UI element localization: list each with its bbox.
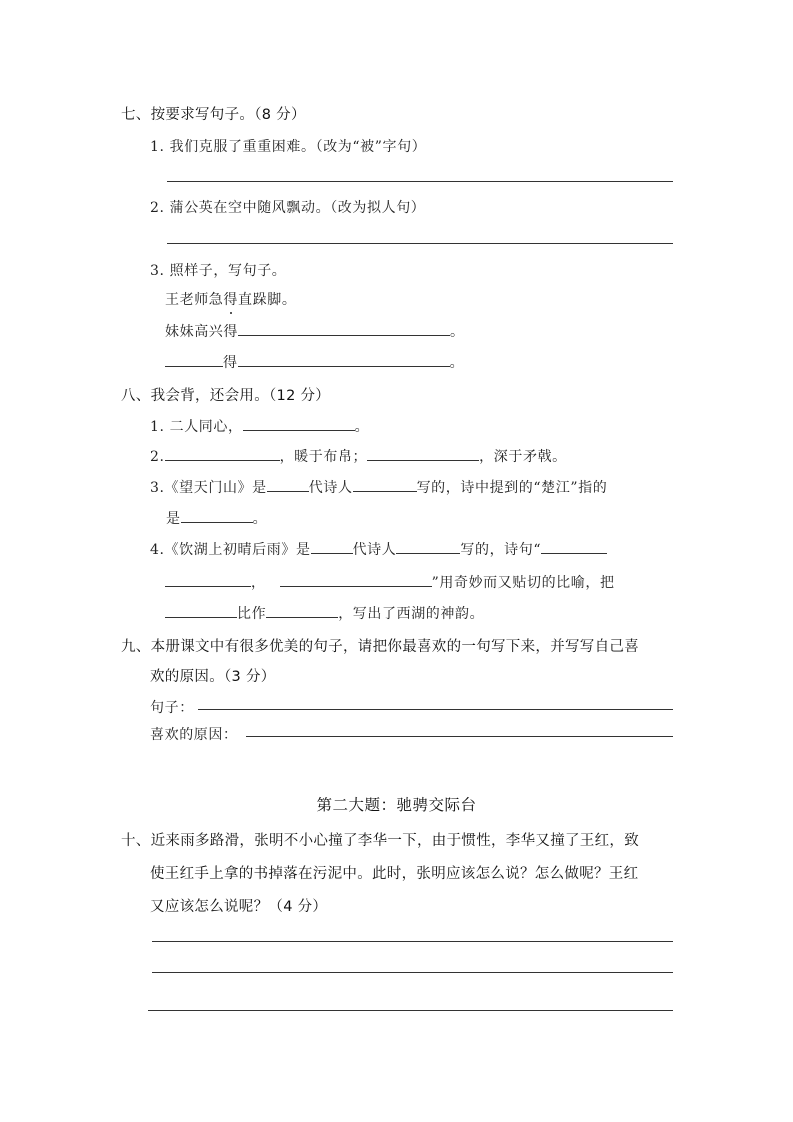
q4-d: ， [251,575,266,591]
answer-line-10-3[interactable] [148,1010,673,1011]
section-8-question-4: 4.《饮湖上初晴后雨》是代诗人写的，诗句“ [150,539,607,559]
section-8-question-1: 1. 二人同心，。 [150,416,369,436]
blank-8-4-verse-a[interactable] [541,539,607,554]
q4-g: ，写出了西湖的神韵。 [338,606,484,622]
section-8-question-4-cont2: 比作，写出了西湖的神韵。 [165,603,484,623]
blank-8-4-compare-a[interactable] [165,603,237,618]
section-8-question-4-cont: ，”用奇妙而又贴切的比喻，把 [165,572,615,592]
blank-8-3-chujiang[interactable] [181,508,253,523]
fill-1-prefix: 妹妹高兴得 [165,324,238,340]
q3-a: 3.《望天门山》是 [150,480,267,496]
fill-sentence-1: 妹妹高兴得。 [165,321,465,341]
q4-f: 比作 [237,606,266,622]
answer-line-7-2[interactable] [167,243,673,244]
section-9-heading-line-1: 九、本册课文中有很多优美的句子，请把你最喜欢的一句写下来，并写写自己喜 [121,635,639,656]
q4-c: 写的，诗句“ [460,542,541,558]
q2-suffix: ，深于矛戟。 [479,449,567,465]
fill-1-period: 。 [450,324,465,340]
blank-8-4-compare-b[interactable] [266,603,338,618]
q3-d: 是 [166,511,181,527]
sentence-label: 句子： [150,697,194,717]
section-8-question-2: 2.，暖于布帛；，深于矛戟。 [150,446,567,466]
blank-7-3-b[interactable] [165,352,223,367]
blank-8-2-a[interactable] [165,446,280,461]
fill-2-mid: 得 [223,355,238,371]
section-8-question-3: 3.《望天门山》是代诗人写的，诗中提到的“楚江”指的 [150,477,607,497]
example-post: 直跺脚。 [238,292,296,308]
section-10-line-2: 使王红手上拿的书掉落在污泥中。此时，张明应该怎么说？怎么做呢？王红 [150,862,638,883]
emphasis-dot-char: 得 [223,289,238,309]
section-9-heading-line-2: 欢的原因。（3 分） [150,665,276,686]
section-7-question-1: 1. 我们克服了重重困难。（改为“被”字句） [150,136,426,156]
example-pre: 王老师急 [165,292,223,308]
section-7-heading: 七、按要求写句子。（8 分） [121,103,306,124]
section-10-line-1: 十、近来雨多路滑，张明不小心撞了李华一下，由于惯性，李华又撞了王红，致 [121,829,639,850]
fill-2-period: 。 [450,355,465,371]
q3-c: 写的，诗中提到的“楚江”指的 [417,480,608,496]
q2-prefix: 2. [150,449,165,465]
blank-8-3-dynasty[interactable] [267,477,309,492]
section-7-question-2: 2. 蒲公英在空中随风飘动。（改为拟人句） [150,197,425,217]
blank-8-4-verse-b[interactable] [165,572,251,587]
q3-b: 代诗人 [309,480,353,496]
q1-suffix: 。 [355,419,370,435]
example-sentence: 王老师急得直跺脚。 [165,289,296,309]
blank-8-4-dynasty[interactable] [311,539,353,554]
answer-line-7-1[interactable] [167,181,673,182]
q2-mid: ，暖于布帛； [280,449,368,465]
blank-8-3-poet[interactable] [353,477,417,492]
blank-8-4-poet[interactable] [396,539,460,554]
part-2-title: 第二大题：驰骋交际台 [0,793,793,815]
answer-line-10-2[interactable] [152,972,673,973]
answer-line-10-1[interactable] [152,941,673,942]
section-7-question-3: 3. 照样子，写句子。 [150,260,286,280]
q4-e: ”用奇妙而又贴切的比喻，把 [432,575,615,591]
blank-8-2-b[interactable] [367,446,479,461]
blank-8-1[interactable] [243,416,355,431]
blank-7-3-c[interactable] [238,352,450,367]
section-10-line-3: 又应该怎么说呢？（4 分） [150,895,327,916]
sentence-answer-line[interactable] [198,709,673,710]
fill-sentence-2: 得。 [165,352,464,372]
q4-a: 4.《饮湖上初晴后雨》是 [150,542,311,558]
section-8-heading: 八、我会背，还会用。（12 分） [121,384,330,405]
section-8-question-3-cont: 是。 [166,508,267,528]
blank-8-4-verse-c[interactable] [280,572,432,587]
q4-b: 代诗人 [353,542,397,558]
blank-7-3-a[interactable] [238,321,450,336]
reason-answer-line[interactable] [246,736,673,737]
reason-label: 喜欢的原因： [150,724,238,744]
q1-prefix: 1. 二人同心， [150,419,243,435]
q3-e: 。 [253,511,268,527]
